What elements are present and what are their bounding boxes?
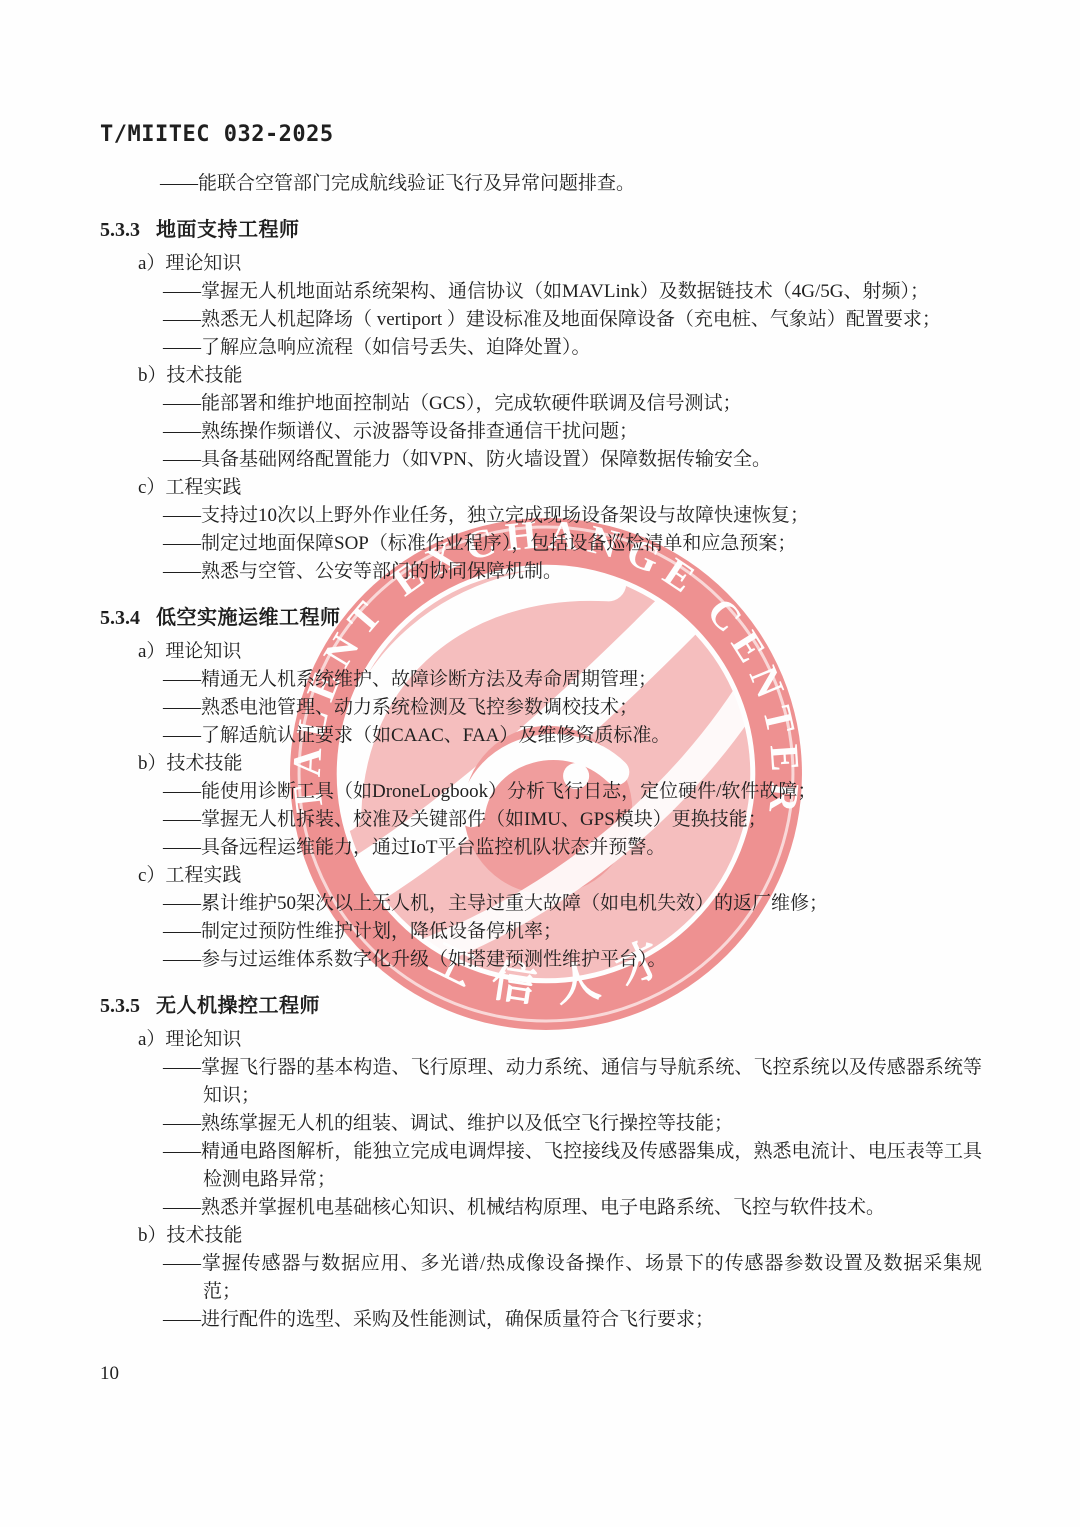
dash-item: ——具备基础网络配置能力（如VPN、防火墙设置）保障数据传输安全。	[100, 446, 982, 474]
dash-item: ——熟练掌握无人机的组装、调试、维护以及低空飞行操控等技能；	[100, 1110, 982, 1138]
section-number: 5.3.4	[100, 598, 140, 638]
dash-item: ——熟悉并掌握机电基础核心知识、机械结构原理、电子电路系统、飞控与软件技术。	[100, 1194, 982, 1222]
dash-item: ——了解适航认证要求（如CAAC、FAA）及维修资质标准。	[100, 722, 982, 750]
dash-item: ——掌握传感器与数据应用、多光谱/热成像设备操作、场景下的传感器参数设置及数据采…	[100, 1250, 982, 1306]
dash-item: ——能使用诊断工具（如DroneLogbook）分析飞行日志，定位硬件/软件故障…	[100, 778, 982, 806]
dash-item: ——熟悉无人机起降场（ vertiport ）建设标准及地面保障设备（充电桩、气…	[100, 306, 982, 334]
intro-dash-item: ——能联合空管部门完成航线验证飞行及异常问题排查。	[100, 170, 982, 198]
section-title: 无人机操控工程师	[156, 986, 320, 1026]
dash-item: ——进行配件的选型、采购及性能测试，确保质量符合飞行要求；	[100, 1306, 982, 1334]
dash-item: ——具备远程运维能力，通过IoT平台监控机队状态并预警。	[100, 834, 982, 862]
doc-code: T/MIITEC 032-2025	[100, 122, 982, 148]
dash-item: ——熟练操作频谱仪、示波器等设备排查通信干扰问题；	[100, 418, 982, 446]
section-5-3-5: 5.3.5 无人机操控工程师 a）理论知识 ——掌握飞行器的基本构造、飞行原理、…	[100, 986, 982, 1334]
subsection-label: b）技术技能	[100, 362, 982, 390]
dash-item: ——掌握飞行器的基本构造、飞行原理、动力系统、通信与导航系统、飞控系统以及传感器…	[100, 1054, 982, 1110]
dash-item: ——制定过预防性维护计划，降低设备停机率；	[100, 918, 982, 946]
dash-item: ——精通电路图解析，能独立完成电调焊接、飞控接线及传感器集成，熟悉电流计、电压表…	[100, 1138, 982, 1194]
page-number: 10	[100, 1360, 982, 1388]
dash-item: ——精通无人机系统维护、故障诊断方法及寿命周期管理；	[100, 666, 982, 694]
subsection-label: b）技术技能	[100, 1222, 982, 1250]
document-page: TALENT EXCHANGE CENTER 工信人才 T/MIITEC 032…	[0, 0, 1080, 1527]
section-5-3-3: 5.3.3 地面支持工程师 a）理论知识 ——掌握无人机地面站系统架构、通信协议…	[100, 210, 982, 586]
subsection-label: a）理论知识	[100, 1026, 982, 1054]
section-5-3-4: 5.3.4 低空实施运维工程师 a）理论知识 ——精通无人机系统维护、故障诊断方…	[100, 598, 982, 974]
dash-item: ——了解应急响应流程（如信号丢失、迫降处置）。	[100, 334, 982, 362]
section-number: 5.3.3	[100, 210, 140, 250]
subsection-label: b）技术技能	[100, 750, 982, 778]
dash-item: ——参与过运维体系数字化升级（如搭建预测性维护平台）。	[100, 946, 982, 974]
subsection-label: c）工程实践	[100, 474, 982, 502]
section-heading: 5.3.3 地面支持工程师	[100, 210, 982, 250]
dash-item: ——能部署和维护地面控制站（GCS），完成软硬件联调及信号测试；	[100, 390, 982, 418]
dash-item: ——累计维护50架次以上无人机，主导过重大故障（如电机失效）的返厂维修；	[100, 890, 982, 918]
dash-item: ——掌握无人机地面站系统架构、通信协议（如MAVLink）及数据链技术（4G/5…	[100, 278, 982, 306]
dash-item: ——掌握无人机拆装、校准及关键部件（如IMU、GPS模块）更换技能；	[100, 806, 982, 834]
subsection-label: c）工程实践	[100, 862, 982, 890]
section-title: 地面支持工程师	[156, 210, 300, 250]
dash-item: ——熟悉电池管理、动力系统检测及飞控参数调校技术；	[100, 694, 982, 722]
document-content: T/MIITEC 032-2025 ——能联合空管部门完成航线验证飞行及异常问题…	[100, 122, 982, 1388]
section-title: 低空实施运维工程师	[156, 598, 341, 638]
subsection-label: a）理论知识	[100, 638, 982, 666]
dash-item: ——制定过地面保障SOP（标准作业程序），包括设备巡检清单和应急预案；	[100, 530, 982, 558]
subsection-label: a）理论知识	[100, 250, 982, 278]
dash-item: ——支持过10次以上野外作业任务，独立完成现场设备架设与故障快速恢复；	[100, 502, 982, 530]
dash-item: ——熟悉与空管、公安等部门的协同保障机制。	[100, 558, 982, 586]
section-number: 5.3.5	[100, 986, 140, 1026]
section-heading: 5.3.4 低空实施运维工程师	[100, 598, 982, 638]
section-heading: 5.3.5 无人机操控工程师	[100, 986, 982, 1026]
